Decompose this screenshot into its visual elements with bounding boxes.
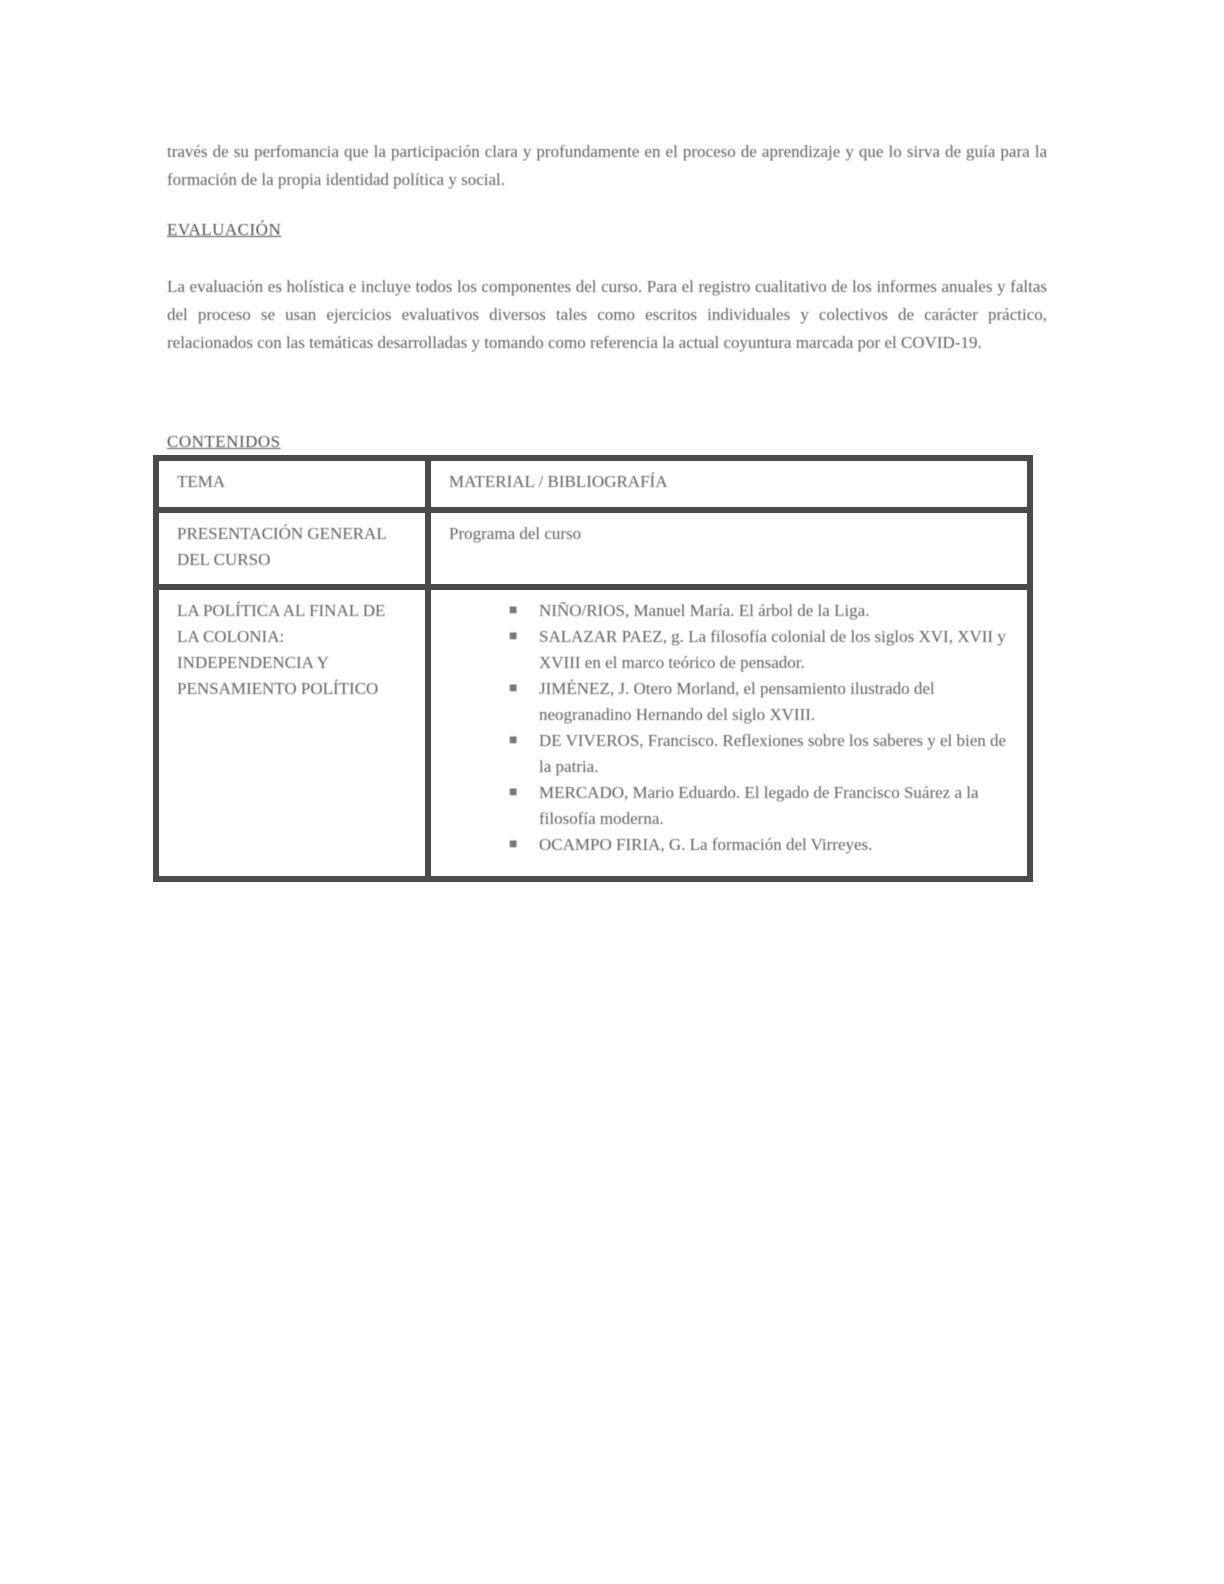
- tema-cell: PRESENTACIÓN GENERAL DEL CURSO: [156, 510, 428, 587]
- table-row: PRESENTACIÓN GENERAL DEL CURSO Programa …: [156, 510, 1030, 587]
- bibliography-list: NIÑO/RIOS, Manuel María. El árbol de la …: [449, 598, 1009, 858]
- table-row: LA POLÍTICA AL FINAL DE LA COLONIA: INDE…: [156, 587, 1030, 879]
- header-material: MATERIAL / BIBLIOGRAFÍA: [428, 458, 1030, 510]
- bibliography-item: DE VIVEROS, Francisco. Reflexiones sobre…: [509, 728, 1009, 780]
- bibliography-item: NIÑO/RIOS, Manuel María. El árbol de la …: [509, 598, 1009, 624]
- document-page: través de su perfomancia que la particip…: [0, 0, 1224, 1584]
- table-header-row: TEMA MATERIAL / BIBLIOGRAFÍA: [156, 458, 1030, 510]
- bibliography-item: OCAMPO FIRIA, G. La formación del Virrey…: [509, 832, 1009, 858]
- header-tema: TEMA: [156, 458, 428, 510]
- tema-cell: LA POLÍTICA AL FINAL DE LA COLONIA: INDE…: [156, 587, 428, 879]
- contents-table: TEMA MATERIAL / BIBLIOGRAFÍA PRESENTACIÓ…: [153, 455, 1033, 882]
- bibliography-item: JIMÉNEZ, J. Otero Morland, el pensamient…: [509, 676, 1009, 728]
- evaluation-paragraph: La evaluación es holística e incluye tod…: [167, 273, 1047, 357]
- contents-heading: CONTENIDOS: [167, 432, 281, 452]
- material-cell: Programa del curso: [428, 510, 1030, 587]
- bibliography-item: SALAZAR PAEZ, g. La filosofía colonial d…: [509, 624, 1009, 676]
- bibliography-item: MERCADO, Mario Eduardo. El legado de Fra…: [509, 780, 1009, 832]
- intro-paragraph: través de su perfomancia que la particip…: [167, 138, 1047, 194]
- bibliography-cell: NIÑO/RIOS, Manuel María. El árbol de la …: [428, 587, 1030, 879]
- evaluation-heading: EVALUACIÓN: [167, 220, 281, 240]
